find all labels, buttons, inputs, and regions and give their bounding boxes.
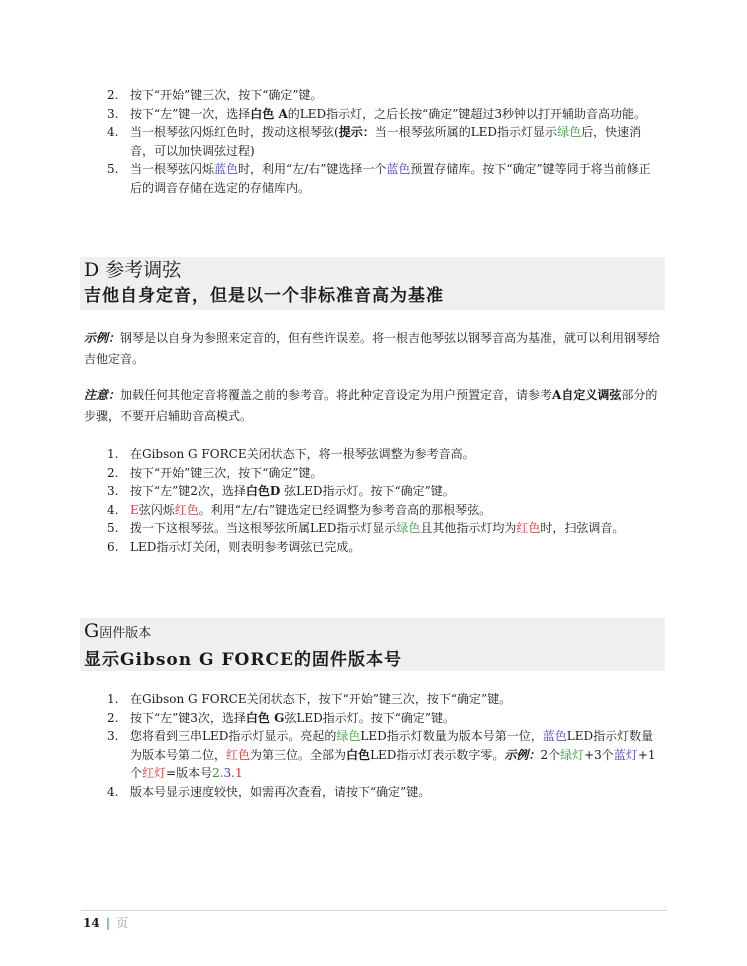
note-label: 注意： <box>84 388 120 402</box>
list-item: 6.LED指示灯关闭，则表明参考调弦已完成。 <box>107 538 658 557</box>
text-run: 且其他指示灯均为 <box>420 521 516 535</box>
section-g-title: G固件版本 <box>80 618 665 647</box>
text-run: 弦闪烁 <box>139 503 175 517</box>
styled-text-green: 绿色 <box>396 521 420 535</box>
list-item: 4.E弦闪烁红色。利用“左/右”键选定已经调整为参考音高的那根琴弦。 <box>107 501 658 520</box>
page-footer: 14|页 <box>83 914 128 931</box>
styled-text-green: 绿色 <box>557 125 581 139</box>
list-item-number: 3. <box>107 727 127 746</box>
section-g-heading-box: G固件版本 显示Gibson G FORCE的固件版本号 <box>80 618 665 671</box>
list-item: 5.当一根琴弦闪烁蓝色时，利用“左/右”键选择一个蓝色预置存储库。按下“确定”键… <box>107 160 658 197</box>
list-item: 1.在Gibson G FORCE关闭状态下，将一根琴弦调整为参考音高。 <box>107 445 658 464</box>
section-d-example: 示例：钢琴是以自身为参照来定音的，但有些许误差。将一根吉他琴弦以钢琴音高为基准，… <box>84 328 664 370</box>
styled-text-pink: E <box>130 503 139 517</box>
text-run: 当一根琴弦闪烁红色时，拨动这根琴弦( <box>130 125 339 139</box>
text-run: 时，利用“左/右”键选择一个 <box>238 162 386 176</box>
styled-text-blue: 蓝灯 <box>614 748 638 762</box>
styled-text-red: 红色 <box>516 521 540 535</box>
section-d-heading-box: D 参考调弦 吉他自身定音，但是以一个非标准音高为基准 <box>80 257 665 310</box>
example-label: 示例： <box>84 331 120 345</box>
text-run: 您将看到三串LED指示灯显示。亮起的 <box>130 729 336 743</box>
text-run: 弦LED指示灯。按下“确定”键。 <box>284 711 455 725</box>
list-item: 2.按下“开始”键三次，按下“确定”键。 <box>107 464 658 483</box>
list-item-number: 6. <box>107 538 127 557</box>
text-run: 按下“左”键3次，选择 <box>130 711 246 725</box>
text-run: LED指示灯数量为版本号第一位， <box>360 729 542 743</box>
section-g-steps-list: 1.在Gibson G FORCE关闭状态下，按下“开始”键三次，按下“确定”键… <box>107 690 658 801</box>
list-item: 4.当一根琴弦闪烁红色时，拨动这根琴弦(提示：当一根琴弦所属的LED指示灯显示绿… <box>107 123 658 160</box>
list-item-number: 5. <box>107 519 127 538</box>
text-run: 版本号显示速度较快，如需再次查看，请按下“确定”键。 <box>130 785 430 799</box>
page-number: 14 <box>83 916 100 930</box>
list-item: 3.按下“左”键2次，选择白色D 弦LED指示灯。按下“确定”键。 <box>107 482 658 501</box>
styled-text-b: 白色D <box>246 484 280 498</box>
list-item-number: 2. <box>107 464 127 483</box>
styled-text-blue: 蓝色 <box>214 162 238 176</box>
text-run: 在Gibson G FORCE关闭状态下，按下“开始”键三次，按下“确定”键。 <box>130 692 511 706</box>
section-c-steps-list: 2.按下“开始”键三次，按下“确定”键。3.按下“左”键一次，选择白色 A的LE… <box>107 86 658 197</box>
styled-text-green: 绿色 <box>336 729 360 743</box>
text-run: =版本号 <box>166 766 212 780</box>
section-g-title-text: 固件版本 <box>99 626 151 641</box>
note-link-custom-tuning: A自定义调弦 <box>552 388 621 402</box>
styled-text-b: 白色 A <box>250 107 288 121</box>
list-item: 2.按下“左”键3次，选择白色 G弦LED指示灯。按下“确定”键。 <box>107 709 658 728</box>
section-d-subtitle: 吉他自身定音，但是以一个非标准音高为基准 <box>80 283 665 309</box>
text-run: 弦LED指示灯。按下“确定”键。 <box>280 484 454 498</box>
footer-separator: | <box>106 916 110 930</box>
styled-text-green: 绿灯 <box>560 748 584 762</box>
text-run: 的LED指示灯，之后长按“确定”键超过3秒钟以打开辅助音高功能。 <box>288 107 646 121</box>
text-run: 。利用“左/右”键选定已经调整为参考音高的那根琴弦。 <box>199 503 491 517</box>
styled-text-b: 白色 G <box>246 711 284 725</box>
list-item-number: 4. <box>107 123 127 142</box>
text-run: 时，扫弦调音。 <box>540 521 624 535</box>
styled-text-blue: 蓝色 <box>543 729 567 743</box>
document-page: 2.按下“开始”键三次，按下“确定”键。3.按下“左”键一次，选择白色 A的LE… <box>0 0 747 966</box>
list-item-number: 4. <box>107 783 127 802</box>
text-run: 按下“左”键一次，选择 <box>130 107 250 121</box>
section-g-letter: G <box>84 620 99 642</box>
list-item: 3.按下“左”键一次，选择白色 A的LED指示灯，之后长按“确定”键超过3秒钟以… <box>107 105 658 124</box>
list-item-number: 3. <box>107 482 127 501</box>
styled-text-i: 示例： <box>504 748 540 762</box>
styled-text-red: 红色 <box>226 748 250 762</box>
section-d-title: D 参考调弦 <box>80 257 665 283</box>
list-item-number: 5. <box>107 160 127 179</box>
text-run: 为第三位。全部为 <box>250 748 346 762</box>
list-item-number: 4. <box>107 501 127 520</box>
text-run: LED指示灯关闭，则表明参考调弦已完成。 <box>130 540 360 554</box>
text-run: 按下“开始”键三次，按下“确定”键。 <box>130 466 323 480</box>
text-run: 拨一下这根琴弦。当这根琴弦所属LED指示灯显示 <box>130 521 396 535</box>
text-run: 当一根琴弦所属的LED指示灯显示 <box>375 125 557 139</box>
styled-text-b: 白色 <box>346 748 370 762</box>
footer-divider <box>81 910 667 911</box>
text-run: +3个 <box>584 748 614 762</box>
list-item: 4.版本号显示速度较快，如需再次查看，请按下“确定”键。 <box>107 783 658 802</box>
section-d-steps-list: 1.在Gibson G FORCE关闭状态下，将一根琴弦调整为参考音高。2.按下… <box>107 445 658 556</box>
list-item-number: 1. <box>107 690 127 709</box>
styled-text-b: 提示： <box>339 125 375 139</box>
list-item-number: 2. <box>107 86 127 105</box>
styled-text-blue: 蓝色 <box>386 162 410 176</box>
styled-text-green: 2. <box>212 766 223 780</box>
list-item-number: 3. <box>107 105 127 124</box>
styled-text-blue: 3. <box>224 766 235 780</box>
text-run: 按下“左”键2次，选择 <box>130 484 246 498</box>
section-g-subtitle: 显示Gibson G FORCE的固件版本号 <box>80 647 665 673</box>
list-item: 3.您将看到三串LED指示灯显示。亮起的绿色LED指示灯数量为版本号第一位，蓝色… <box>107 727 658 783</box>
text-run: LED指示灯表示数字零。 <box>370 748 504 762</box>
text-run: 2个 <box>540 748 560 762</box>
styled-text-red: 红色 <box>175 503 199 517</box>
note-text-1: 加载任何其他定音将覆盖之前的参考音。将此种定音设定为用户预置定音，请参考 <box>120 388 552 402</box>
list-item: 2.按下“开始”键三次，按下“确定”键。 <box>107 86 658 105</box>
text-run: 当一根琴弦闪烁 <box>130 162 214 176</box>
text-run: 按下“开始”键三次，按下“确定”键。 <box>130 88 323 102</box>
list-item-number: 2. <box>107 709 127 728</box>
styled-text-red: 1 <box>235 766 243 780</box>
text-run: 在Gibson G FORCE关闭状态下，将一根琴弦调整为参考音高。 <box>130 447 475 461</box>
list-item-number: 1. <box>107 445 127 464</box>
styled-text-red: 红灯 <box>142 766 166 780</box>
example-text: 钢琴是以自身为参照来定音的，但有些许误差。将一根吉他琴弦以钢琴音高为基准，就可以… <box>84 331 660 366</box>
section-d-note: 注意：加载任何其他定音将覆盖之前的参考音。将此种定音设定为用户预置定音，请参考A… <box>84 385 664 427</box>
page-label: 页 <box>116 916 128 930</box>
list-item: 1.在Gibson G FORCE关闭状态下，按下“开始”键三次，按下“确定”键… <box>107 690 658 709</box>
list-item: 5.拨一下这根琴弦。当这根琴弦所属LED指示灯显示绿色且其他指示灯均为红色时，扫… <box>107 519 658 538</box>
